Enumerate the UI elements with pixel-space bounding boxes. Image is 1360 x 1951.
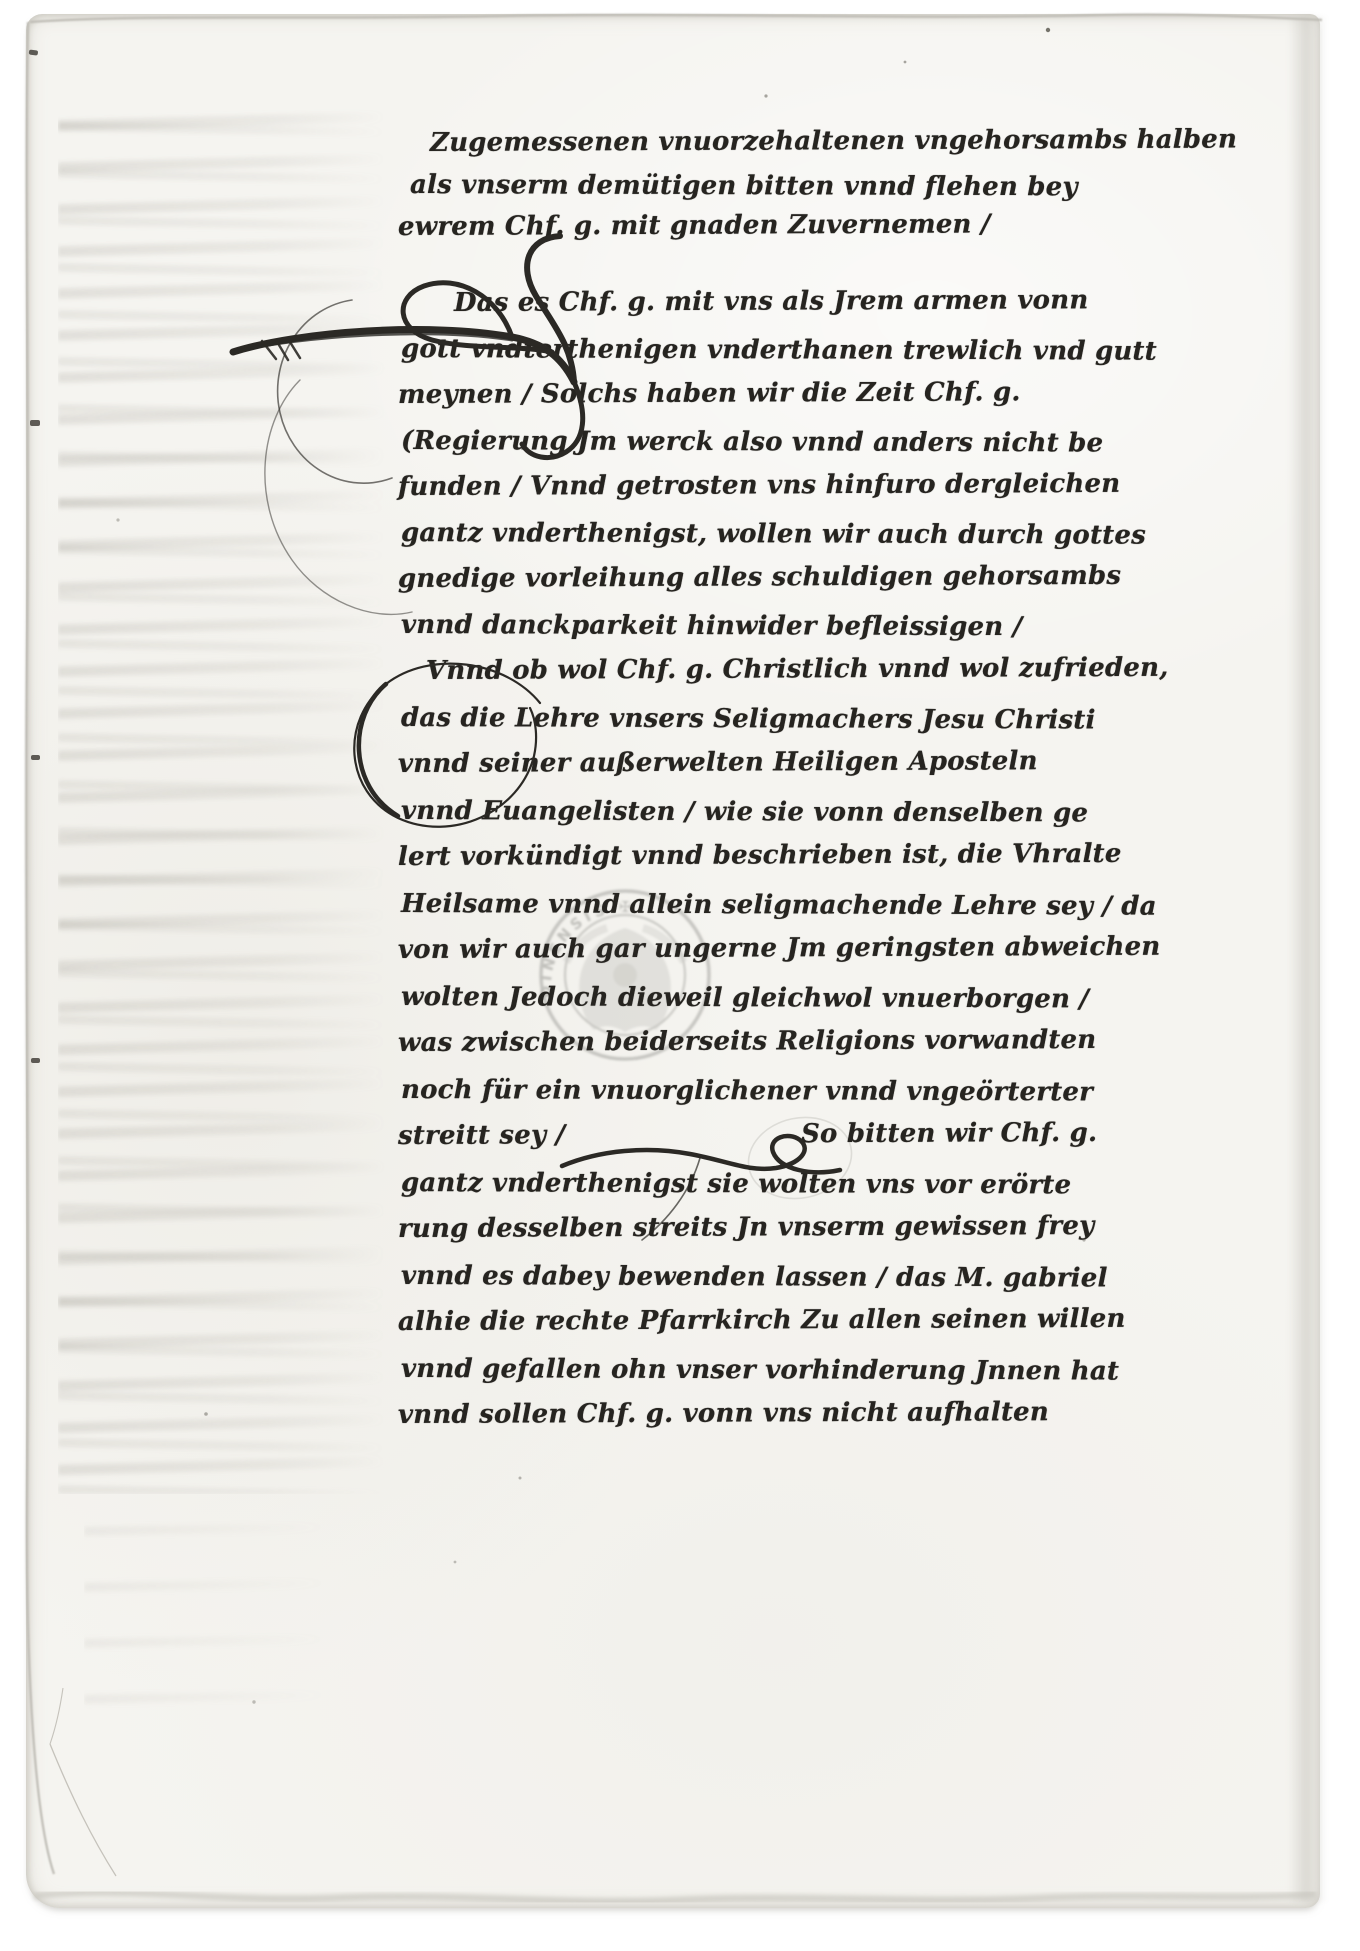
handwriting-line: vnnd Euangelisten / wie sie vonn denselb… bbox=[401, 796, 1169, 845]
handwriting-line: alhie die rechte Pfarrkirch Zu allen sei… bbox=[398, 1304, 1169, 1354]
verso-bleed-through-lower bbox=[84, 1500, 354, 1710]
handwriting-line: das die Lehre vnsers Seligmachers Jesu C… bbox=[401, 703, 1169, 752]
handwriting-line: streitt sey / So bitten wir Chf. g. bbox=[398, 1118, 1169, 1168]
handwriting-line: vnnd es dabey bewenden lassen / das M. g… bbox=[401, 1261, 1169, 1310]
handwriting-line: gnedige vorleihung alles schuldigen geho… bbox=[398, 561, 1157, 610]
handwriting-line: (Regierung Jm werck also vnnd anders nic… bbox=[401, 426, 1157, 475]
handwriting-line: von wir auch gar ungerne Jm geringsten a… bbox=[398, 932, 1169, 982]
handwriting-line: Zugemessenen vnuorzehaltenen vngehorsamb… bbox=[430, 124, 1237, 170]
handwriting-line: vnnd sollen Chf. g. vonn vns nicht aufha… bbox=[398, 1397, 1169, 1447]
handwriting-line: rung desselben streits Jn vnserm gewisse… bbox=[398, 1211, 1169, 1261]
handwriting-line: vnnd danckparkeit hinwider befleissigen … bbox=[401, 610, 1157, 659]
handwriting-line: gott vndterthenigen vnderthanen trewlich… bbox=[401, 334, 1157, 383]
handwriting-line: meynen / Solchs haben wir die Zeit Chf. … bbox=[398, 377, 1157, 426]
handwriting-line: gantz vnderthenigst, wollen wir auch dur… bbox=[401, 518, 1157, 567]
manuscript-paragraph-2: Das es Chf. g. mit vns als Jrem armen vo… bbox=[398, 288, 1157, 656]
handwriting-line: Das es Chf. g. mit vns als Jrem armen vo… bbox=[454, 285, 1157, 334]
handwriting-line: Vnnd ob wol Chf. g. Christlich vnnd wol … bbox=[426, 653, 1169, 703]
handwriting-line: noch für ein vnuorglichener vnnd vngeört… bbox=[401, 1075, 1169, 1124]
manuscript-paragraph-1: Zugemessenen vnuorzehaltenen vngehorsamb… bbox=[398, 128, 1237, 254]
handwriting-line: wolten Jedoch dieweil gleichwol vnuerbor… bbox=[401, 982, 1169, 1031]
handwriting-line: funden / Vnnd getrosten vns hinfuro derg… bbox=[398, 469, 1157, 518]
manuscript-paragraph-3: Vnnd ob wol Chf. g. Christlich vnnd wol … bbox=[398, 656, 1168, 1447]
handwriting-line: ewrem Chf. g. mit gnaden Zuvernemen / bbox=[398, 208, 1237, 254]
scanned-manuscript: { "page": { "paper_color": "#f5f4f0", "i… bbox=[0, 0, 1360, 1951]
handwriting-line: lert vorkündigt vnnd beschrieben ist, di… bbox=[398, 839, 1169, 889]
handwriting-line: vnnd seiner außerwelten Heiligen Apostel… bbox=[398, 746, 1169, 796]
handwriting-line: was zwischen beiderseits Religions vorwa… bbox=[398, 1025, 1169, 1075]
handwriting-line: vnnd gefallen ohn vnser vorhinderung Jnn… bbox=[401, 1354, 1169, 1403]
handwriting-line: gantz vnderthenigst sie wolten vns vor e… bbox=[401, 1168, 1169, 1217]
page-edge-right bbox=[1288, 16, 1328, 1902]
handwriting-line: Heilsame vnnd allein seligmachende Lehre… bbox=[401, 889, 1169, 938]
verso-bleed-through bbox=[58, 104, 396, 1494]
